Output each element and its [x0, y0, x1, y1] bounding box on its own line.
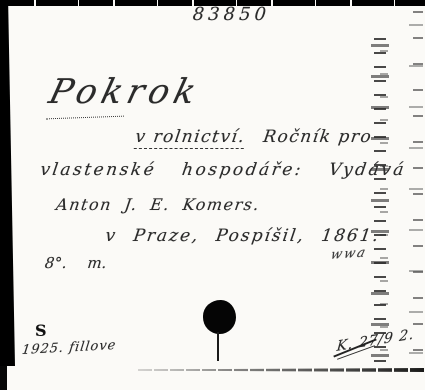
- scanned-catalog-card: 83850 Pokrok v rolnictví. Ročník pro vla…: [0, 0, 425, 390]
- accession-number: 83850: [192, 4, 271, 25]
- card-title: Pokrok: [45, 72, 205, 112]
- ink-blot-tail: [217, 332, 219, 361]
- binding-edge-artifacts: [371, 38, 392, 366]
- ink-blot: [203, 300, 236, 334]
- author-line: Anton J. E. Komers.: [55, 195, 261, 214]
- format-note: 8°. m.: [44, 254, 107, 272]
- subtitle-line: vlastenské hospodáře: Vydává: [39, 160, 407, 180]
- subtitle-underlined: v rolnictví.: [134, 127, 247, 149]
- imprint-line: v Praze, Pospíšil, 1861.: [104, 226, 381, 246]
- title-continuation-line: v rolnictví. Ročník pro: [134, 127, 374, 147]
- illegible-scribble: wwa: [329, 245, 369, 263]
- size-letter: S: [35, 321, 47, 340]
- scan-edge-artifacts: [409, 8, 425, 358]
- subtitle-rest: Ročník pro: [262, 127, 374, 147]
